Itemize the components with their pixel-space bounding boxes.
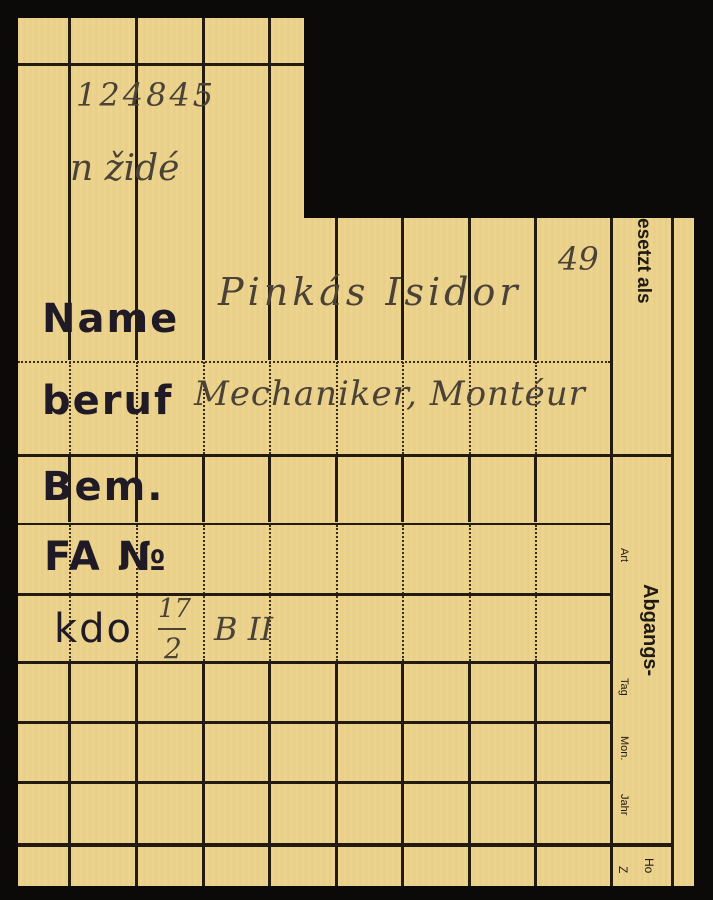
- grid-hline: [18, 593, 610, 596]
- handwritten-category: n židé: [70, 148, 179, 189]
- side-label-art: Art: [618, 548, 630, 562]
- grid-hline: [18, 721, 610, 724]
- side-label-jahr: Jahr: [618, 794, 630, 815]
- grid-vline: [68, 663, 71, 886]
- grid-vline: [401, 663, 404, 886]
- handwritten-kdo-top: 17: [158, 594, 191, 624]
- grid-vline: [468, 663, 471, 886]
- label-fa-no: FA №: [44, 534, 168, 580]
- handwritten-number: 124845: [76, 76, 216, 114]
- fraction-bar: [158, 628, 186, 630]
- grid-vline: [401, 456, 404, 522]
- grid-vline: [268, 663, 271, 886]
- handwritten-kdo-block: B II: [214, 610, 273, 648]
- label-kdo: kdo: [54, 606, 133, 652]
- side-label-tag: Tag: [618, 678, 630, 696]
- grid-vline: [202, 18, 205, 360]
- label-name: Name: [42, 296, 179, 342]
- handwritten-49: 49: [558, 240, 599, 278]
- side-label-abgangs: Abgangs-: [638, 584, 661, 676]
- grid-vline: [202, 456, 205, 522]
- grid-vline: [335, 663, 338, 886]
- grid-vline: [268, 456, 271, 522]
- handwritten-name: Pinkás Isidor: [218, 270, 522, 314]
- grid-vline: [534, 663, 537, 886]
- grid-hline: [18, 454, 610, 457]
- side-label-mon: Mon.: [618, 736, 630, 760]
- grid-hline: [18, 63, 304, 66]
- side-label-ho: Ho: [642, 858, 656, 873]
- grid-vline: [610, 218, 613, 886]
- side-label-eingesetzt: esetzt als: [632, 218, 654, 304]
- grid-vline: [335, 456, 338, 522]
- grid-hline: [18, 843, 674, 847]
- grid-hdot: [18, 361, 610, 363]
- handwritten-kdo-bottom: 2: [164, 632, 182, 665]
- grid-vline: [202, 663, 205, 886]
- label-bem: Bem.: [42, 464, 165, 510]
- handwritten-beruf: Mechaniker, Montéur: [194, 374, 586, 414]
- grid-hline: [18, 523, 610, 525]
- grid-vline: [534, 456, 537, 522]
- side-label-z: Z: [616, 866, 630, 873]
- label-beruf: beruf: [42, 378, 173, 424]
- masked-region: [304, 0, 713, 218]
- grid-vline: [468, 456, 471, 522]
- grid-vline: [135, 663, 138, 886]
- grid-vline: [534, 218, 537, 360]
- grid-hline: [613, 454, 671, 457]
- grid-hline: [18, 661, 610, 664]
- grid-hline: [18, 781, 610, 784]
- grid-vline: [671, 218, 674, 886]
